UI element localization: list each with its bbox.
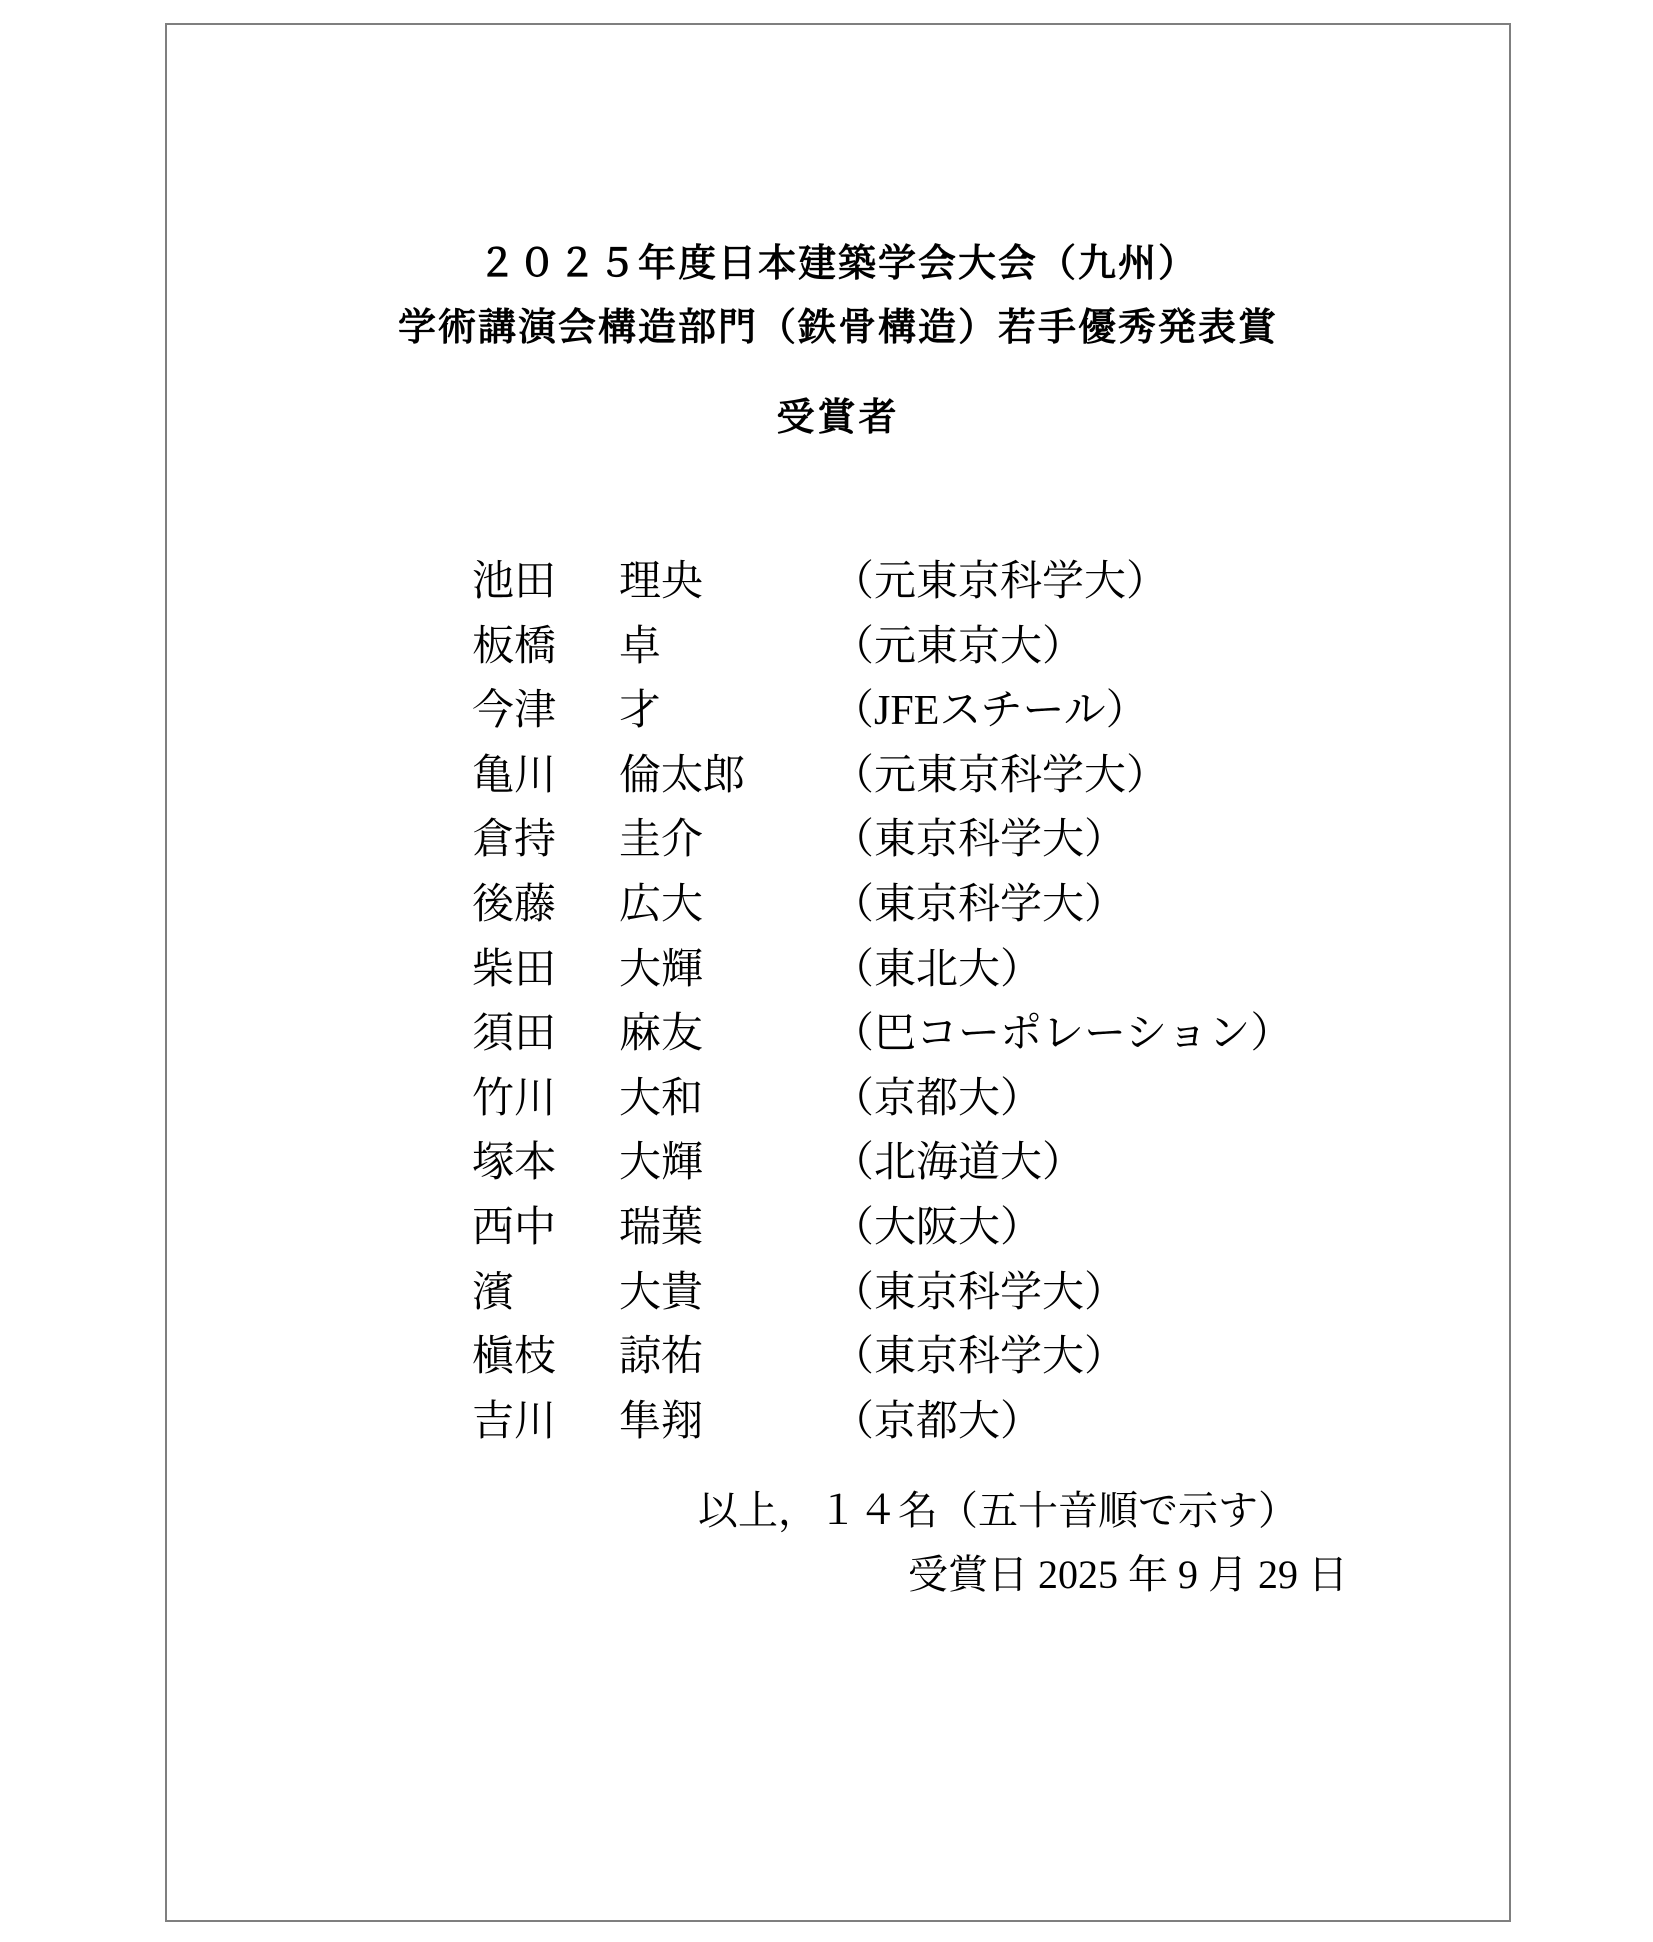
awardee-affiliation: （大阪大）: [832, 1196, 1042, 1261]
awardee-row: 亀川 倫太郎 （元東京科学大）: [167, 744, 1509, 809]
awardee-given-name: 広大: [619, 873, 703, 938]
awardee-given-name: 隼翔: [619, 1390, 703, 1455]
awardee-family-name: 吉川: [472, 1390, 556, 1455]
awardee-row: 後藤 広大 （東京科学大）: [167, 873, 1509, 938]
awardee-given-name: 倫太郎: [619, 744, 745, 809]
awardee-affiliation: （京都大）: [832, 1067, 1042, 1132]
awardee-row: 槇枝 諒祐 （東京科学大）: [167, 1325, 1509, 1390]
awardee-affiliation: （東京科学大）: [832, 808, 1126, 873]
awardee-affiliation: （元東京科学大）: [832, 550, 1168, 615]
document-viewer: { "document": { "title_line1": "２０２５年度日本…: [0, 0, 1653, 1942]
awardee-row: 吉川 隼翔 （京都大）: [167, 1390, 1509, 1455]
awardee-affiliation: （元東京科学大）: [832, 744, 1168, 809]
awardee-given-name: 卓: [619, 615, 661, 680]
awardee-given-name: 大輝: [619, 938, 703, 1003]
awardee-affiliation: （元東京大）: [832, 615, 1084, 680]
awardee-given-name: 圭介: [619, 808, 703, 873]
awardee-row: 池田 理央 （元東京科学大）: [167, 550, 1509, 615]
awardee-row: 板橋 卓 （元東京大）: [167, 615, 1509, 680]
awardee-affiliation: （JFEスチール）: [832, 679, 1148, 744]
awardee-given-name: 麻友: [619, 1002, 703, 1067]
awardee-family-name: 後藤: [472, 873, 556, 938]
awardee-family-name: 槇枝: [472, 1325, 556, 1390]
awardee-row: 柴田 大輝 （東北大）: [167, 938, 1509, 1003]
awardee-row: 塚本 大輝 （北海道大）: [167, 1131, 1509, 1196]
awardee-family-name: 塚本: [472, 1131, 556, 1196]
section-heading-recipients: 受賞者: [167, 399, 1509, 437]
awardee-family-name: 板橋: [472, 615, 556, 680]
awardee-affiliation: （東京科学大）: [832, 873, 1126, 938]
awardee-given-name: 才: [619, 679, 661, 744]
awardee-family-name: 倉持: [472, 808, 556, 873]
awardee-row: 今津 才 （JFEスチール）: [167, 679, 1509, 744]
document-title-line1: ２０２５年度日本建築学会大会（九州）: [167, 245, 1509, 283]
awardee-row: 西中 瑞葉 （大阪大）: [167, 1196, 1509, 1261]
footer-date-line: 受賞日 2025 年 9 月 29 日: [908, 1553, 1348, 1597]
awardee-family-name: 池田: [472, 550, 556, 615]
awardee-family-name: 亀川: [472, 744, 556, 809]
awardee-family-name: 濱: [472, 1261, 514, 1326]
awardee-given-name: 大輝: [619, 1131, 703, 1196]
awardee-list: 池田 理央 （元東京科学大） 板橋 卓 （元東京大） 今津 才 （JFEスチール…: [167, 550, 1509, 1454]
awardee-affiliation: （北海道大）: [832, 1131, 1084, 1196]
awardee-given-name: 大和: [619, 1067, 703, 1132]
awardee-given-name: 大貴: [619, 1261, 703, 1326]
awardee-family-name: 須田: [472, 1002, 556, 1067]
footer-total-line: 以上，１４名（五十音順で示す）: [698, 1489, 1298, 1533]
awardee-affiliation: （東北大）: [832, 938, 1042, 1003]
awardee-row: 須田 麻友 （巴コーポレーション）: [167, 1002, 1509, 1067]
awardee-given-name: 理央: [619, 550, 703, 615]
awardee-family-name: 西中: [472, 1196, 556, 1261]
document-title-line2: 学術講演会構造部門（鉄骨構造）若手優秀発表賞: [167, 309, 1509, 347]
awardee-family-name: 柴田: [472, 938, 556, 1003]
awardee-row: 濱 大貴 （東京科学大）: [167, 1261, 1509, 1326]
awardee-affiliation: （京都大）: [832, 1390, 1042, 1455]
awardee-given-name: 諒祐: [619, 1325, 703, 1390]
awardee-affiliation: （東京科学大）: [832, 1325, 1126, 1390]
awardee-given-name: 瑞葉: [619, 1196, 703, 1261]
document-page: ２０２５年度日本建築学会大会（九州） 学術講演会構造部門（鉄骨構造）若手優秀発表…: [165, 23, 1511, 1922]
awardee-row: 倉持 圭介 （東京科学大）: [167, 808, 1509, 873]
awardee-family-name: 竹川: [472, 1067, 556, 1132]
awardee-affiliation: （東京科学大）: [832, 1261, 1126, 1326]
awardee-affiliation: （巴コーポレーション）: [832, 1002, 1292, 1067]
awardee-row: 竹川 大和 （京都大）: [167, 1067, 1509, 1132]
awardee-family-name: 今津: [472, 679, 556, 744]
